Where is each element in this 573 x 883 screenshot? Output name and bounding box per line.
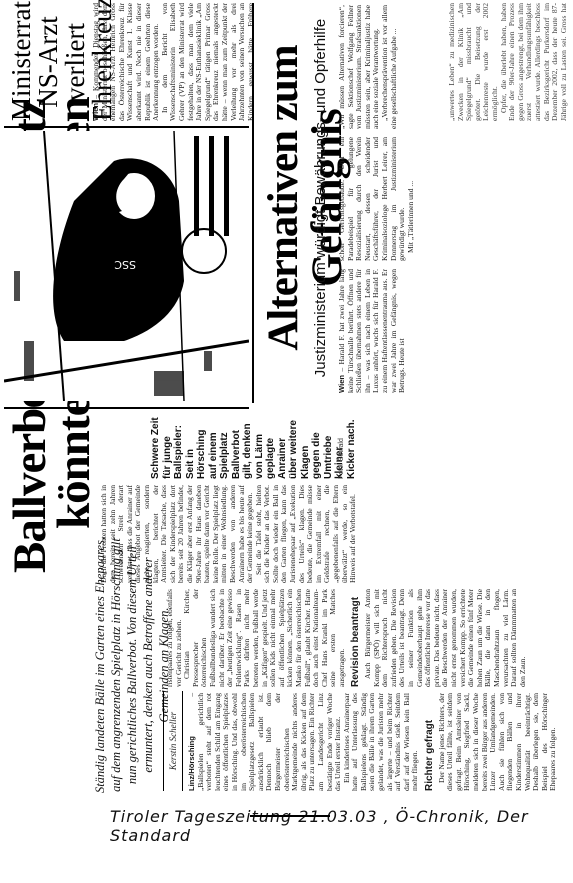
alt-col1-text: – Harald F. hat zwei Jahre lang keine Tü… <box>338 269 406 393</box>
side-headline-line1: Ministerrat: <box>8 3 35 121</box>
handwritten-note: Tiroler Tageszeitung 21.03.03 , Ö-Chroni… <box>110 807 530 845</box>
alt-column-2: schon Gerichtsgebäude. Und ein Paradebei… <box>338 137 438 261</box>
side-column-2: „unwertes Leben“ zu medizinischen Zwecke… <box>448 3 568 121</box>
alt-column-3: „Wir müssen Alternativen forcieren“, sag… <box>338 5 438 129</box>
alt-headline: Alternativen zum Gefängnis <box>262 3 350 393</box>
photo-image: SSC <box>4 131 249 401</box>
author-byline: Kerstin Scheller <box>168 691 178 791</box>
photo-kids-at-fence: SSC <box>4 131 249 401</box>
alt-col2-text: schon Gerichtsgebäude. Und ein Paradebei… <box>338 137 407 261</box>
side-col2-p2: Opfer, die überlebt haben, haben Ende de… <box>500 3 568 121</box>
photo-shirt-text: SSC <box>114 258 136 271</box>
main-col1-p3: Der Name jenes Richters, der dieses Urte… <box>438 693 558 791</box>
main-column-1: Linz/Hörsching – „Ballspielen gerichtlic… <box>188 693 568 791</box>
main-col1-text: – „Ballspielen gerichtlich verboten“ ste… <box>187 693 342 791</box>
main-col3-p2: Seit die Tafel steht, hielten sich die K… <box>255 485 358 583</box>
main-col1-p2: Ein kinderloses Anrainerpaar hatte auf U… <box>343 693 420 791</box>
side-column-1: Wien – Kommenden Dienstag wird der Minis… <box>92 3 252 121</box>
side-headline-line2: NS-Arzt verliert <box>35 3 89 121</box>
newspaper-clipping: Ballverbot auf Spielplatz könnte Schule … <box>0 0 573 883</box>
main-col3-text: Doch die Fronten hatten sich in dem bere… <box>100 485 255 583</box>
handwritten-margin: Tiroler Tageszeitung 21.03.03 , Ö-Chroni… <box>100 799 570 879</box>
side-col1-p2: In dem Bericht von Wissenschaftsminister… <box>161 3 252 121</box>
alt-col3-text: „Wir müssen Alternativen forcieren“, sag… <box>338 5 381 129</box>
alt-column-1: Wien – Harald F. hat zwei Jahre lang kei… <box>338 269 438 393</box>
main-col2-text: ristenpaares zu folgen, ebenfalls vor Ge… <box>166 589 183 687</box>
main-col2-p2: Christian Kircher, Pressesprecher der ös… <box>183 589 346 687</box>
main-column-3: Doch die Fronten hatten sich in dem bere… <box>100 485 560 583</box>
alt-col3-p2: „Verbrechensprävention ist vor allem ein… <box>381 5 398 129</box>
byline-rule-top <box>163 691 164 791</box>
main-column-2: ristenpaares zu folgen, ebenfalls vor Ge… <box>166 589 566 687</box>
subhead-richter: Richter gefragt <box>426 693 435 791</box>
divider-vertical <box>4 408 249 410</box>
pen-stroke <box>250 815 330 817</box>
alt-col2-p2: Mit „Tätlerinnen und ... <box>407 137 416 261</box>
byline-rule-bottom <box>182 691 183 791</box>
subhead-revision: Revision beantragt <box>352 589 361 687</box>
side-col2-text: „unwertes Leben“ zu medizinischen Zwecke… <box>448 3 500 121</box>
photo-credit: Foto: Sewald <box>338 417 345 479</box>
side-divider <box>4 127 249 129</box>
main-col2-p3: Auch Bürgermeister Anton Kompp (SPÖ) wil… <box>364 589 527 687</box>
side-col1-text: – Kommenden Dienstag wird der Ministerra… <box>92 3 160 121</box>
divider-horizontal <box>252 3 254 403</box>
alt-subheadline: Justizministerium würdigt Bewährungs- un… <box>312 3 329 393</box>
photo-caption: Schwere Zeit für junge Ballspieler: Seit… <box>150 417 357 479</box>
